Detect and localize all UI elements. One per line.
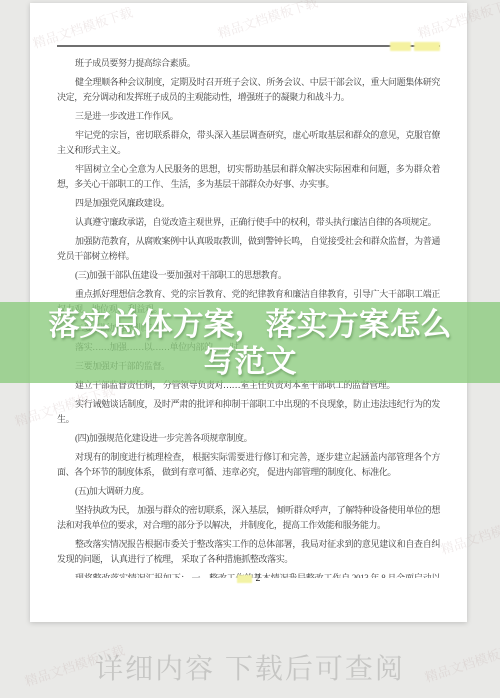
paragraph: 认真遵守廉政承诺，自觉改造主观世界，正确行使手中的权利，带头执行廉洁自律的各项规…: [57, 215, 440, 230]
paragraph: 坚持执政为民， 加强与群众的密切联系，深入基层， 倾听群众呼声，了解特种设备使用…: [57, 503, 440, 533]
paragraph: 实行诫勉谈话制度，及时严肃的批评和抑制干部职工中出现的不良现象，防止违法违纪行为…: [57, 397, 440, 427]
paragraph: 对现有的制度进行梳理检查， 根据实际需要进行修订和完善，逐步建立起涵盖内部管理各…: [57, 450, 440, 480]
overlay-title-text: 落实总体方案，落实方案怎么写范文: [40, 306, 460, 380]
paragraph: 整改落实情况报告根据市委关于整改落实工作的总体部署，我局对征求到的意见建议和自查…: [57, 537, 440, 567]
paragraph: 牢记党的宗旨，密切联系群众，带头深入基层调查研究，虚心听取基层和群众的意见，克服…: [57, 128, 440, 158]
paragraph: 四是加强党风廉政建设。: [57, 196, 440, 211]
paragraph: (五)加大调研力度。: [57, 484, 440, 499]
title-overlay: 落实总体方案，落实方案怎么写范文: [0, 302, 500, 383]
paragraph: 班子成员要努力提高综合素质。: [57, 56, 440, 71]
preview-background: 精品文档模板下载 精品文档模板下载 精品文档模板下载 精品文档模板下载 精品文档…: [0, 0, 500, 698]
paragraph: 三是进一步改进工作作风。: [57, 109, 440, 124]
yellow-highlight-mark: [237, 575, 252, 583]
paragraph: (四)加强规范化建设进一步完善各项规章制度。: [57, 431, 440, 446]
header-rule: [57, 45, 440, 47]
yellow-highlight-mark: [414, 42, 440, 51]
paragraph: (三)加强干部队伍建设一要加强对干部职工的思想教育。: [57, 268, 440, 283]
header-highlight-marks: [57, 33, 440, 44]
paragraph: 健全理顺各种会议制度，定期及时召开班子会议、所务会议、中层干部会议，重大问题集体…: [57, 75, 440, 105]
page-number-row: 2: [30, 573, 467, 584]
paragraph: 牢固树立全心全意为人民服务的思想，切实帮助基层和群众解决实际困难和问题，多为群众…: [57, 162, 440, 192]
yellow-highlight-mark: [390, 42, 411, 51]
page-number: 2: [256, 573, 261, 584]
paragraph: 加强防范教育，从腐败案例中认真吸取教训，做到警钟长鸣， 自觉接受社会和群众监督，…: [57, 234, 440, 264]
download-hint: 详细内容 下载后可查阅: [0, 652, 500, 686]
